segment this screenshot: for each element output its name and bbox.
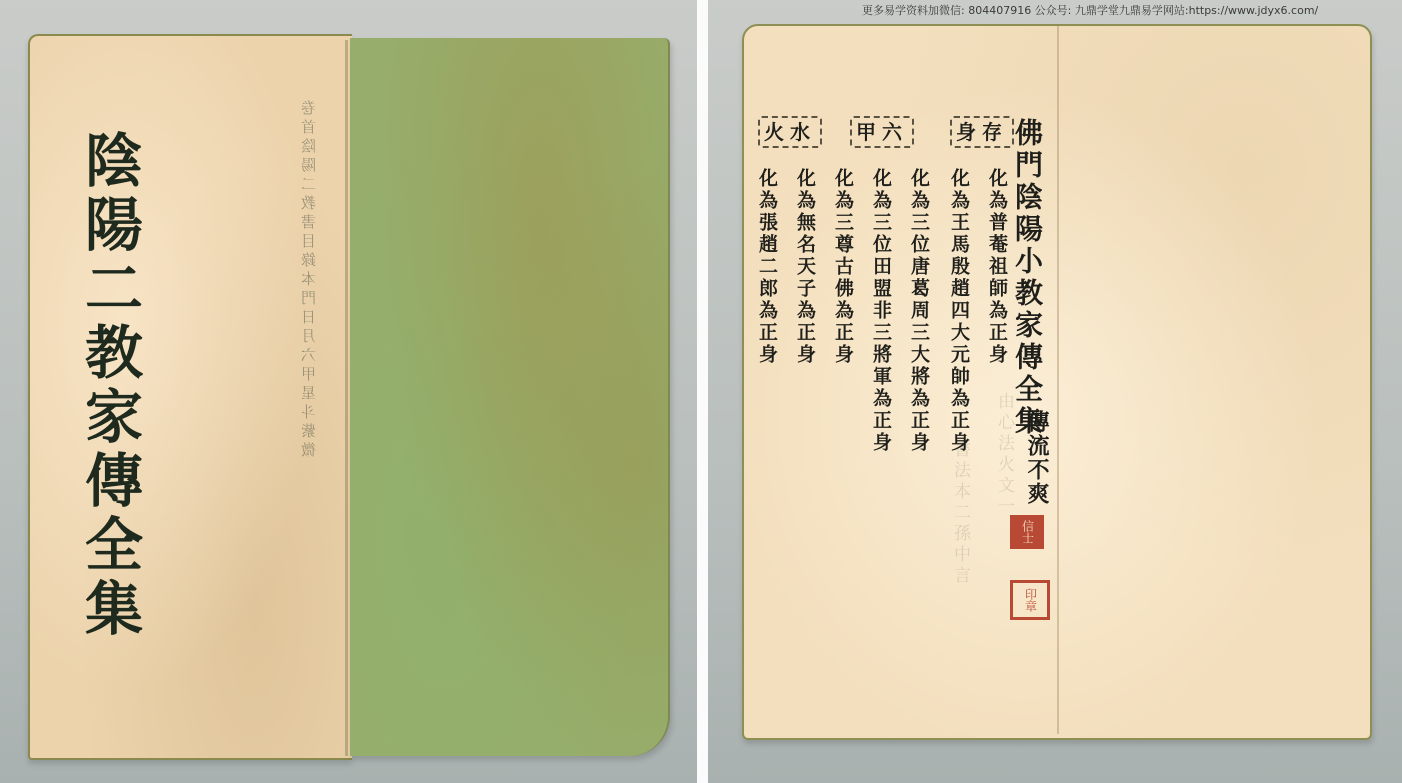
watermark-text: 更多易学资料加微信: 804407916 公众号: 九鼎学堂九鼎易学网站:htt… bbox=[862, 2, 1318, 18]
entry-text: 化為三尊古佛為正身 bbox=[832, 168, 854, 366]
panel-gap bbox=[697, 0, 708, 783]
entry-text: 化為張趙二郎為正身 bbox=[756, 168, 778, 366]
cover-title: 陰陽二教家傳全集 bbox=[70, 130, 140, 642]
section-heading-shuihuo: 水火 bbox=[758, 116, 822, 148]
green-side-strip bbox=[350, 38, 670, 756]
page-subtitle: 傳流不爽 bbox=[1022, 410, 1053, 506]
entry-text: 化為普菴祖師為正身 bbox=[986, 168, 1008, 366]
bleed-through-text: 書法本二孫中言 bbox=[948, 440, 973, 700]
page-fold bbox=[1057, 26, 1059, 734]
entry-text: 化為無名天子為正身 bbox=[794, 168, 816, 366]
cover-crease bbox=[345, 40, 348, 756]
section-heading-liujia: 六甲 bbox=[850, 116, 914, 148]
section-heading-cunshen: 存身 bbox=[950, 116, 1014, 148]
cover-bleed-through-text: 卷首陰陽二教書目錄本門日月六甲星斗紫微 bbox=[298, 100, 328, 680]
outline-seal-stamp: 印章 bbox=[1010, 580, 1050, 620]
entry-text: 化為三位田盟非三將軍為正身 bbox=[870, 168, 892, 454]
entry-text: 化為王馬殷趙四大元帥為正身 bbox=[948, 168, 970, 454]
entry-text: 化為三位唐葛周三大將為正身 bbox=[908, 168, 930, 454]
red-seal-stamp: 信士 bbox=[1010, 515, 1044, 549]
